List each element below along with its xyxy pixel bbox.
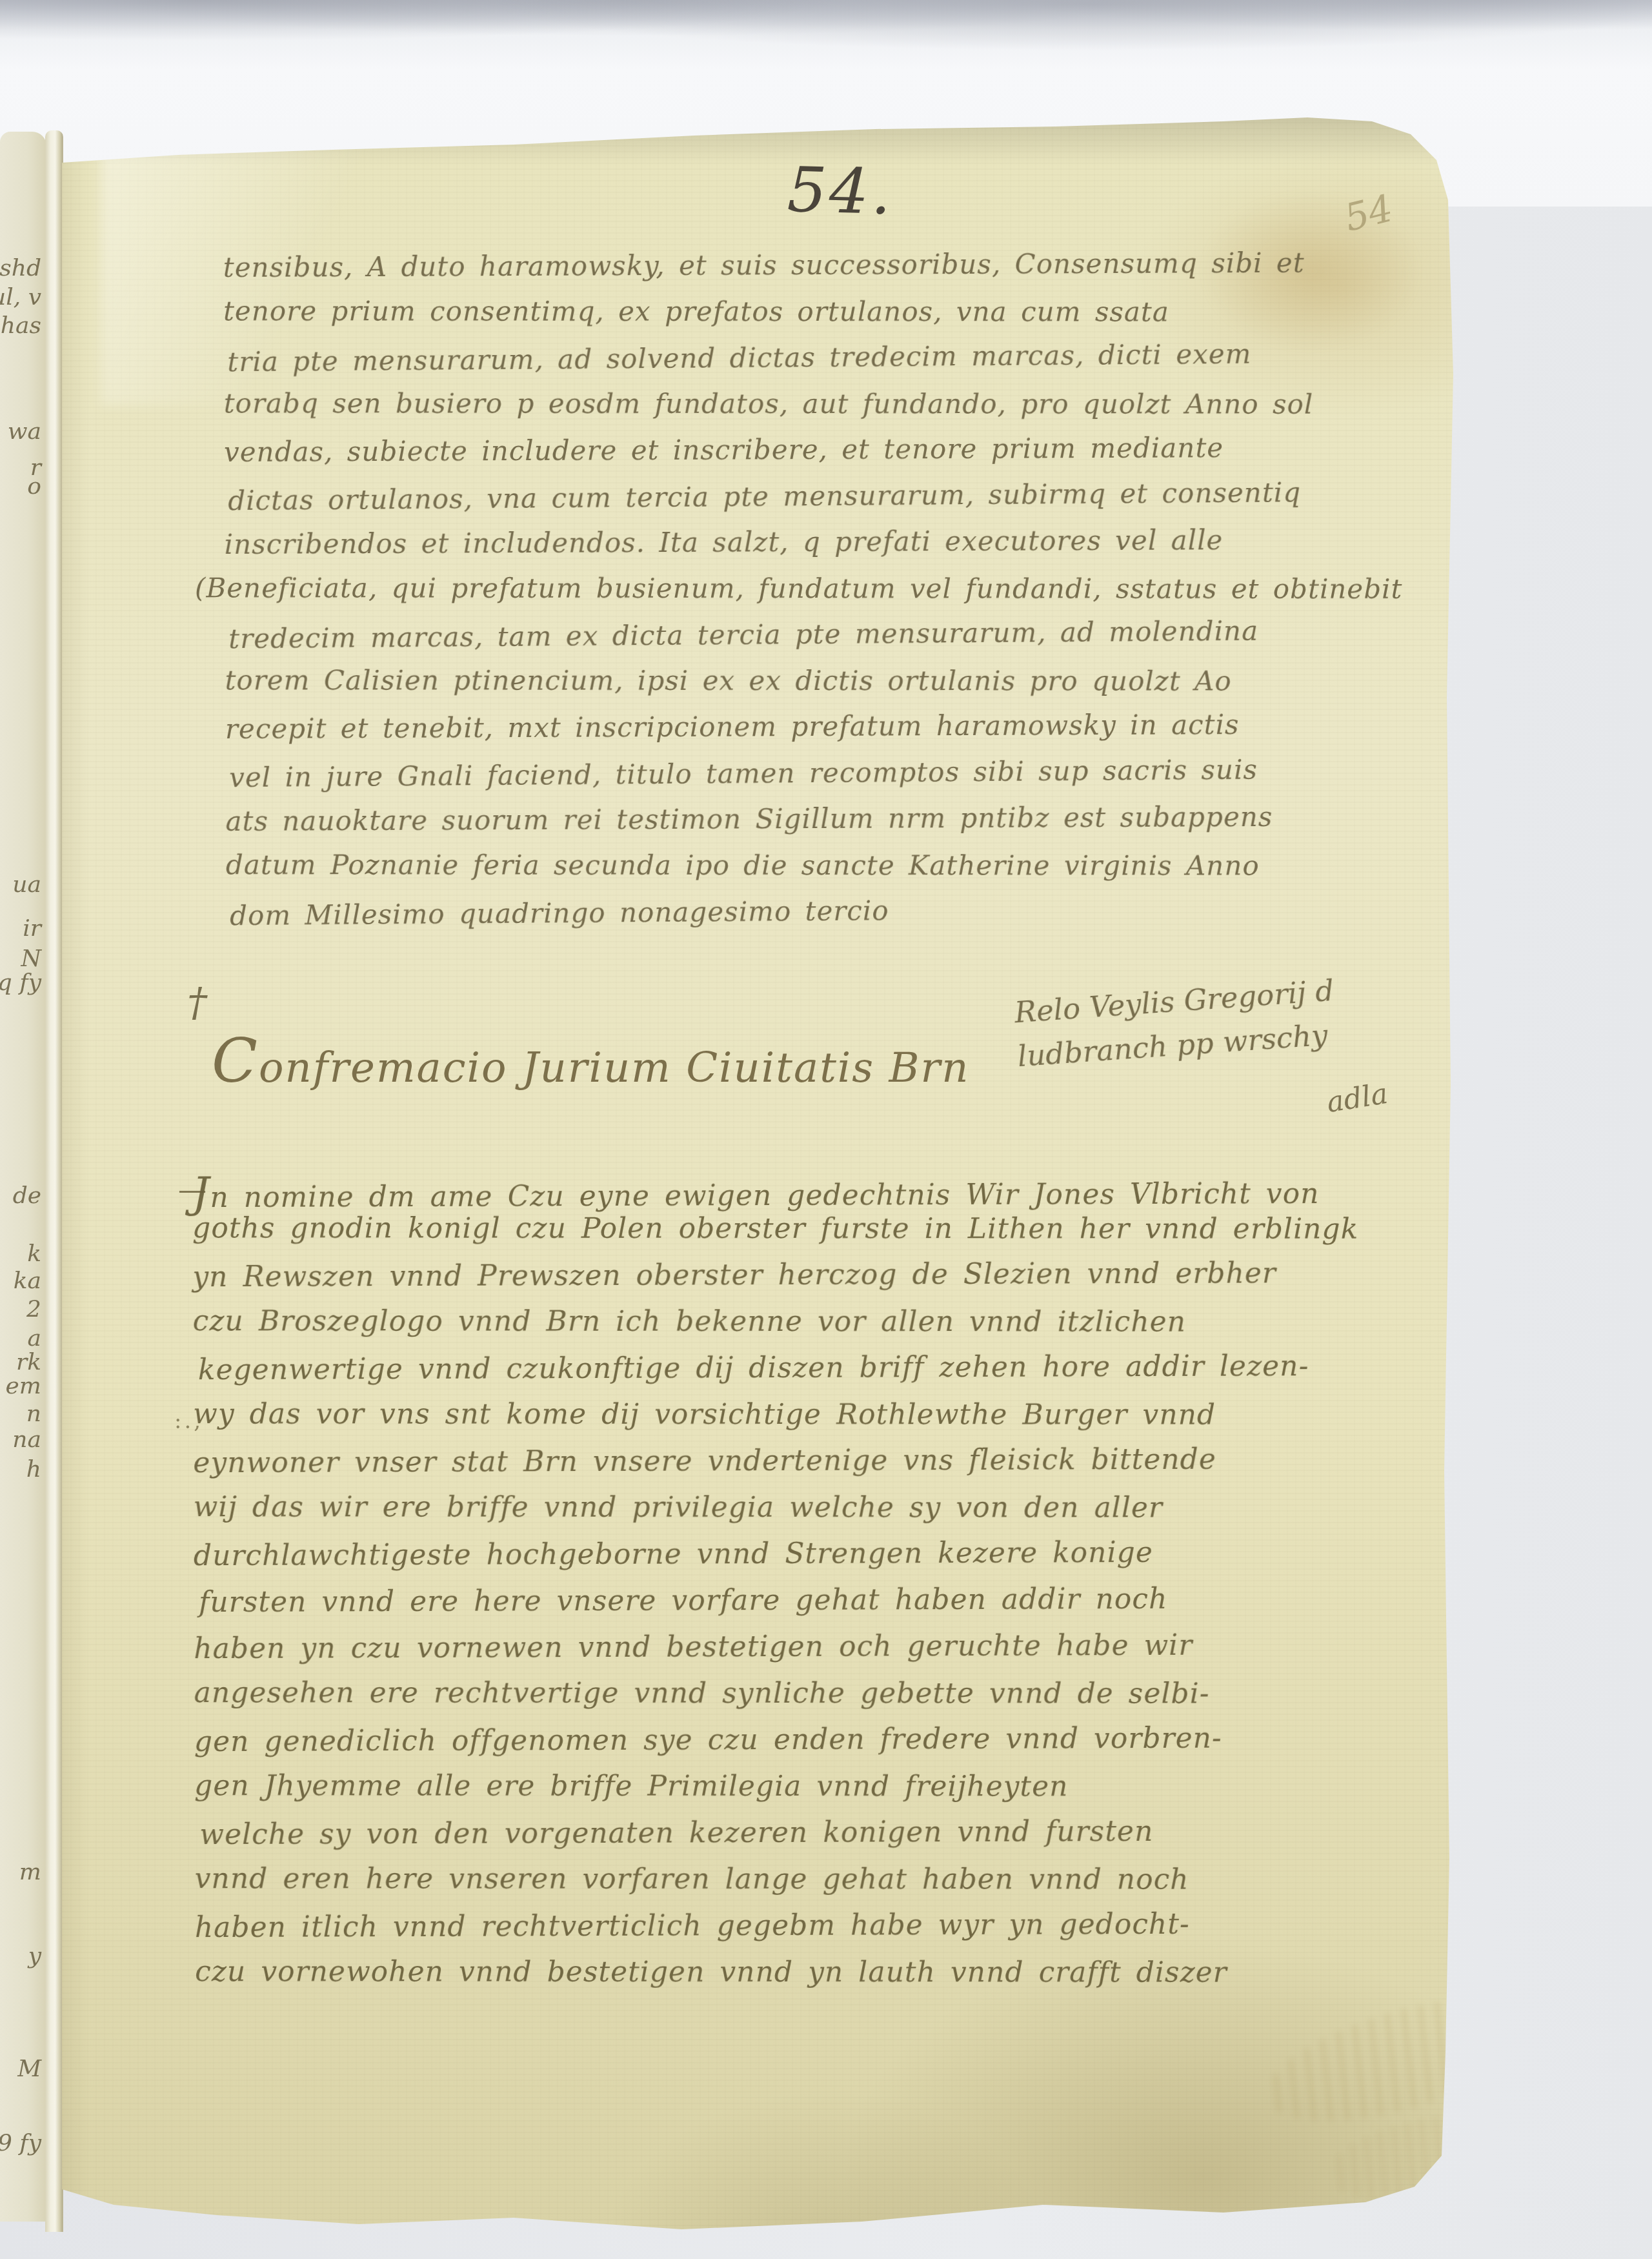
margin-text-fragment: rk xyxy=(16,1349,41,1375)
manuscript-line: dom Millesimo quadringo nonagesimo terci… xyxy=(230,891,1408,946)
manuscript-line: tredecim marcas, tam ex dicta tercia pte… xyxy=(228,614,1407,669)
margin-text-fragment: ir xyxy=(23,915,41,942)
margin-text-fragment: M xyxy=(17,2056,41,2082)
manuscript-line: wij das wir ere briffe vnnd privilegia w… xyxy=(194,1490,1360,1538)
margin-text-fragment: 2 xyxy=(26,1296,41,1322)
entry-heading: Confremacio Jurium Ciuitatis Brn xyxy=(212,1026,969,1096)
margin-text-fragment: t tshd xyxy=(0,255,41,281)
manuscript-line: czu Broszeglogo vnnd Brn ich bekenne vor… xyxy=(193,1304,1359,1352)
manuscript-line: (Beneficiata, qui prefatum busienum, fun… xyxy=(195,572,1403,619)
cross-mark: † xyxy=(187,978,207,1026)
margin-text-fragment: q fy xyxy=(0,969,41,996)
manuscript-line: tria pte mensurarum, ad solvend dictas t… xyxy=(227,337,1405,392)
margin-text-fragment: na xyxy=(12,1426,41,1453)
manuscript-line: haben yn czu vornewen vnnd bestetigen oc… xyxy=(194,1628,1360,1679)
manuscript-line: torem Calisien ptinencium, ipsi ex ex di… xyxy=(225,664,1404,711)
manuscript-line: Jn nomine dm ame Czu eyne ewigen gedecht… xyxy=(192,1164,1358,1214)
previous-page-edge: t tshd nul, v phas wa r o ua ir N q fy d… xyxy=(0,132,46,2222)
margin-text-fragment: k xyxy=(27,1241,41,1267)
manuscript-line: eynwoner vnser stat Brn vnsere vnderteni… xyxy=(193,1443,1359,1493)
latin-text-block: tensibus, A duto haramowsky, et suis suc… xyxy=(223,247,1404,944)
margin-text-fragment: phas xyxy=(0,312,41,339)
margin-text-fragment: wa xyxy=(8,418,41,445)
manuscript-line: fursten vnnd ere here vnsere vorfare geh… xyxy=(199,1582,1365,1632)
margin-text-fragment: ka xyxy=(14,1268,41,1294)
folio-number-faint: 54 xyxy=(1340,186,1397,240)
margin-text-fragment: N xyxy=(21,946,42,972)
manuscript-line: czu vornewohen vnnd bestetigen vnnd yn l… xyxy=(195,1955,1361,2003)
manuscript-line: vel in jure Gnali faciend, titulo tamen … xyxy=(229,752,1407,807)
margin-text-fragment: m xyxy=(19,1859,41,1885)
margin-text-fragment: 9 fy xyxy=(0,2130,41,2156)
margin-text-fragment: o xyxy=(27,473,41,500)
manuscript-page: 54. 54 tensibus, A duto haramowsky, et s… xyxy=(62,116,1453,2241)
binding-fold xyxy=(45,130,63,2232)
manuscript-line: gen genediclich offgenomen sye czu enden… xyxy=(194,1721,1360,1772)
manuscript-line: yn Rewszen vnnd Prewszen oberster herczo… xyxy=(192,1257,1358,1307)
margin-text-fragment: y xyxy=(28,1943,41,1969)
manuscript-line: gen Jhyemme alle ere briffe Primilegia v… xyxy=(194,1769,1360,1817)
manuscript-line: welche sy von den vorgenaten kezeren kon… xyxy=(199,1814,1365,1865)
manuscript-line: goths gnodin konigl czu Polen oberster f… xyxy=(192,1211,1358,1259)
manuscript-line: wy das vor vns snt kome dij vorsichtige … xyxy=(193,1397,1359,1445)
manuscript-line: dictas ortulanos, vna cum tercia pte men… xyxy=(228,475,1406,531)
margin-text-fragment: a xyxy=(28,1325,41,1352)
scan-surface: t tshd nul, v phas wa r o ua ir N q fy d… xyxy=(0,0,1652,2259)
chancery-note: Relo Veylis Gregorij d ludbranch pp wrsc… xyxy=(1013,969,1338,1079)
manuscript-line: recepit et tenebit, mxt inscripcionem pr… xyxy=(225,708,1404,759)
manuscript-line: kegenwertige vnnd czukonftige dij diszen… xyxy=(198,1350,1364,1400)
manuscript-line: tenore prium consentimq, ex prefatos ort… xyxy=(223,295,1402,342)
margin-text-fragment: nul, v xyxy=(0,284,41,310)
manuscript-line: tensibus, A duto haramowsky, et suis suc… xyxy=(223,247,1402,298)
margin-text-fragment: em xyxy=(6,1373,41,1399)
manuscript-line: durchlawchtigeste hochgeborne vnnd Stren… xyxy=(194,1535,1360,1586)
german-text-block: Jn nomine dm ame Czu eyne ewigen gedecht… xyxy=(192,1164,1362,2004)
manuscript-line: angesehen ere rechtvertige vnnd synliche… xyxy=(194,1676,1360,1724)
manuscript-line: vendas, subiecte includere et inscribere… xyxy=(224,431,1402,482)
manuscript-line: vnnd eren here vnseren vorfaren lange ge… xyxy=(195,1862,1361,1910)
chancery-note-mark: adla xyxy=(1325,1077,1391,1119)
manuscript-line: haben itlich vnnd rechtverticlich gegebm… xyxy=(195,1907,1361,1958)
margin-text-fragment: n xyxy=(26,1401,41,1427)
margin-text-fragment: ua xyxy=(12,871,41,898)
manuscript-line: inscribendos et includendos. Ita salzt, … xyxy=(225,523,1403,574)
manuscript-line: datum Poznanie feria secunda ipo die san… xyxy=(226,849,1404,896)
folio-number: 54. xyxy=(787,154,895,228)
margin-text-fragment: h xyxy=(26,1456,41,1483)
margin-text-fragment: de xyxy=(13,1182,41,1209)
manuscript-line: torabq sen busiero p eosdm fundatos, aut… xyxy=(224,387,1402,434)
ink-bleed-mark xyxy=(1322,2100,1551,2214)
manuscript-line: ats nauoktare suorum rei testimon Sigill… xyxy=(225,800,1404,851)
